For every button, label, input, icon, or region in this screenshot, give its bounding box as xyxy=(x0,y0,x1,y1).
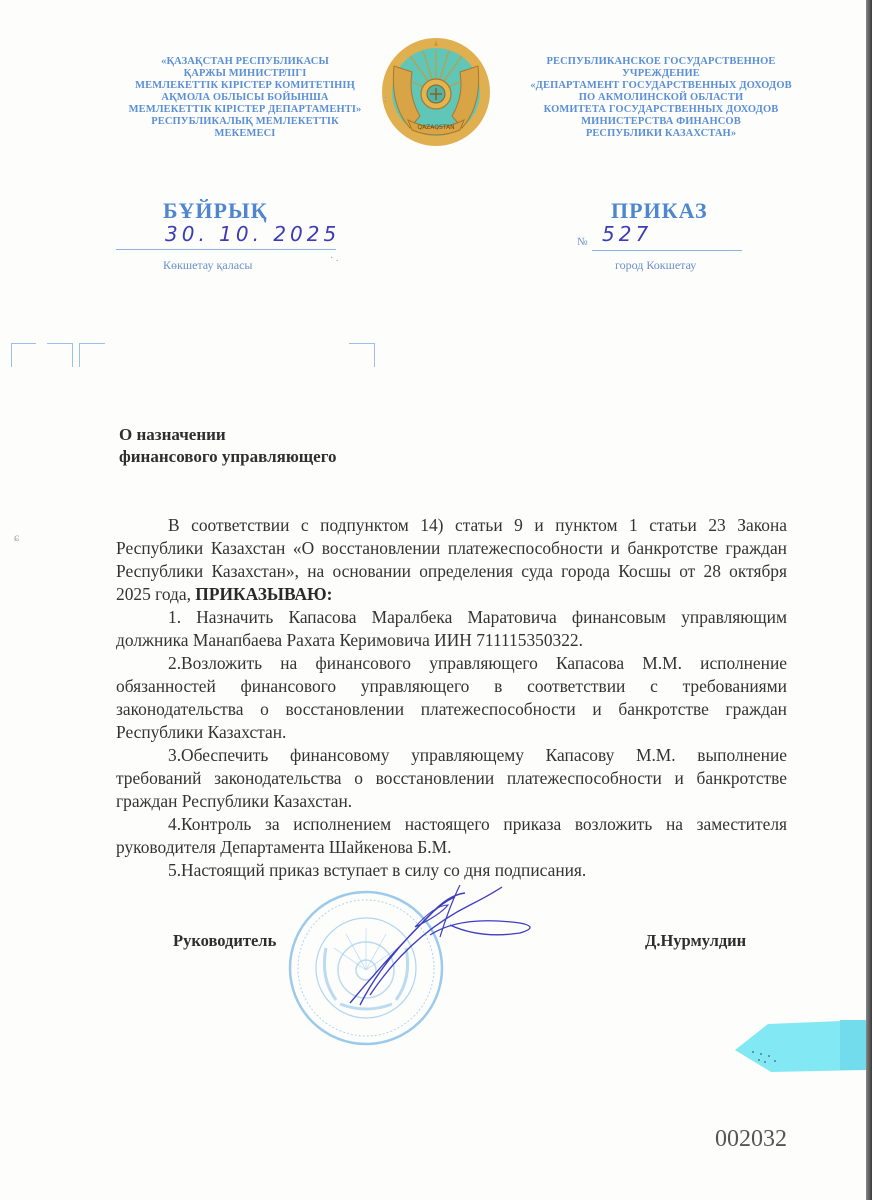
number-sign: № xyxy=(577,236,588,248)
signatory-role: Руководитель xyxy=(173,931,276,951)
header-org-kz: «ҚАЗАҚСТАН РЕСПУБЛИКАСЫ ҚАРЖЫ МИНИСТРЛІГ… xyxy=(104,56,386,140)
order-keyword: ПРИКАЗЫВАЮ: xyxy=(195,584,332,604)
number-underline xyxy=(592,250,742,251)
org-ru-line: ПО АКМОЛИНСКОЙ ОБЛАСТИ xyxy=(505,92,817,104)
scan-edge xyxy=(866,0,872,1200)
serial-number: 002032 xyxy=(715,1126,787,1153)
city-ru: город Кокшетау xyxy=(615,258,696,273)
preamble: В соответствии с подпунктом 14) статьи 9… xyxy=(116,514,787,606)
sticky-tab-flag xyxy=(735,1020,866,1072)
org-ru-line: РЕСПУБЛИКИ КАЗАХСТАН» xyxy=(505,128,817,140)
subject-line: финансового управляющего xyxy=(119,446,337,468)
org-kz-line: МЕКЕМЕСІ xyxy=(104,128,386,140)
org-ru-line: КОМИТЕТА ГОСУДАРСТВЕННЫХ ДОХОДОВ xyxy=(505,104,817,116)
city-kz: Көкшетау қаласы xyxy=(163,258,252,273)
org-kz-line: РЕСПУБЛИКАЛЫҚ МЕМЛЕКЕТТІК xyxy=(104,116,386,128)
org-ru-line: РЕСПУБЛИКАНСКОЕ ГОСУДАРСТВЕННОЕ xyxy=(505,56,817,68)
order-title-kz: БҰЙРЫҚ xyxy=(163,198,268,224)
state-emblem-icon: QAZAQSTAN xyxy=(380,36,492,148)
scan-speck: : xyxy=(384,94,387,105)
date-underline xyxy=(116,249,336,250)
org-ru-line: «ДЕПАРТАМЕНТ ГОСУДАРСТВЕННЫХ ДОХОДОВ xyxy=(505,80,817,92)
order-item-1: 1. Назначить Капасова Маралбека Маратови… xyxy=(116,606,787,652)
org-kz-line: «ҚАЗАҚСТАН РЕСПУБЛИКАСЫ xyxy=(104,56,386,68)
scan-speck: · . xyxy=(330,253,338,264)
margin-mark: ɕ xyxy=(14,530,19,545)
order-date: 30. 10. 2025 xyxy=(165,222,340,246)
org-kz-line: ҚАРЖЫ МИНИСТРЛІГІ xyxy=(104,68,386,80)
corner-bracket xyxy=(79,343,105,367)
order-body: В соответствии с подпунктом 14) статьи 9… xyxy=(116,514,787,882)
org-ru-line: МИНИСТЕРСТВА ФИНАНСОВ xyxy=(505,116,817,128)
signatory-name: Д.Нурмулдин xyxy=(645,931,746,951)
org-kz-line: АҚМОЛА ОБЛЫСЫ БОЙЫНША xyxy=(104,92,386,104)
org-kz-line: МЕМЛЕКЕТТІК КІРІСТЕР ДЕПАРТАМЕНТІ» xyxy=(104,104,386,116)
order-title-ru: ПРИКАЗ xyxy=(611,198,708,224)
subject-line: О назначении xyxy=(119,424,337,446)
order-number: 527 xyxy=(602,222,652,246)
corner-bracket xyxy=(11,343,36,367)
order-item-3: 3.Обеспечить финансовому управляющему Ка… xyxy=(116,744,787,813)
org-kz-line: МЕМЛЕКЕТТІК КІРІСТЕР КОМИТЕТІНІҢ xyxy=(104,80,386,92)
order-subject: О назначении финансового управляющего xyxy=(119,424,337,468)
svg-text:QAZAQSTAN: QAZAQSTAN xyxy=(417,124,454,131)
order-item-2: 2.Возложить на финансового управляющего … xyxy=(116,652,787,744)
order-item-4: 4.Контроль за исполнением настоящего при… xyxy=(116,813,787,859)
org-ru-line: УЧРЕЖДЕНИЕ xyxy=(505,68,817,80)
corner-bracket xyxy=(47,343,73,367)
header-org-ru: РЕСПУБЛИКАНСКОЕ ГОСУДАРСТВЕННОЕ УЧРЕЖДЕН… xyxy=(505,56,817,140)
corner-bracket xyxy=(349,343,375,367)
handwritten-signature-icon xyxy=(290,875,540,1025)
